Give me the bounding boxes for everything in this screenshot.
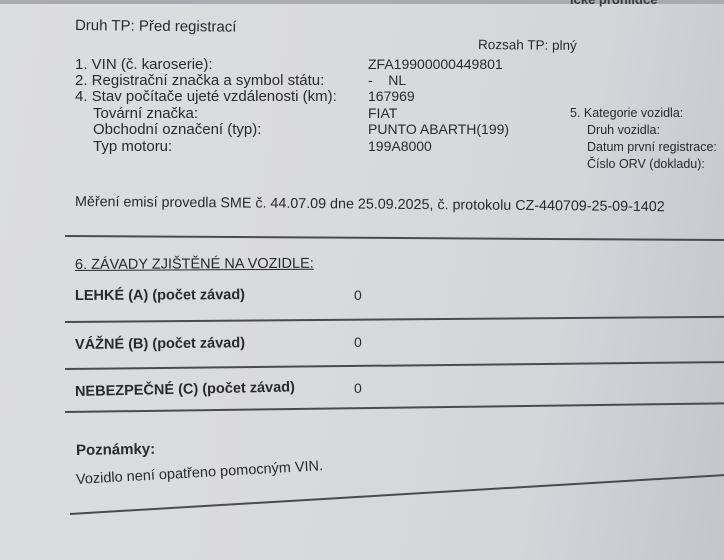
emissions-statement: Měření emisí provedla SME č. 44.07.09 dn… [75, 194, 665, 215]
field-label-vin: 1. VIN (č. karoserie): [75, 56, 213, 73]
field-value-model: PUNTO ABARTH(199) [368, 121, 509, 137]
field-value-registration: - NL [368, 72, 406, 88]
category-item: Datum první registrace: [587, 140, 717, 154]
field-value-odometer: 167969 [368, 88, 415, 104]
divider [65, 402, 724, 412]
notes-text: Vozidlo není opatřeno pomocným VIN. [76, 458, 324, 488]
field-value-vin: ZFA19900000449801 [368, 56, 503, 72]
druh-tp: Druh TP: Před registrací [75, 17, 237, 36]
field-value-engine: 199A8000 [368, 138, 432, 154]
field-label-make: Tovární značka: [93, 105, 198, 122]
defect-label-serious: VÁŽNÉ (B) (počet závad) [75, 335, 245, 353]
defects-title: 6. ZÁVADY ZJIŠTĚNÉ NA VOZIDLE: [75, 256, 314, 273]
field-label-odometer: 4. Stav počítače ujeté vzdálenosti (km): [75, 88, 337, 105]
field-label-model: Obchodní označení (typ): [93, 121, 261, 138]
field-label-registration: 2. Registrační značka a symbol státu: [75, 72, 324, 89]
defect-label-light: LEHKÉ (A) (počet závad) [75, 287, 245, 304]
defect-label-dangerous: NEBEZPEČNÉ (C) (počet závad) [75, 379, 295, 400]
divider [65, 361, 724, 369]
header-fragment: ické prohlídce [570, 0, 657, 7]
field-value-make: FIAT [368, 105, 397, 121]
category-title: 5. Kategorie vozidla: [570, 106, 683, 120]
rozsah-tp: Rozsah TP: plný [478, 37, 577, 53]
defect-count-light: 0 [354, 287, 362, 303]
divider [65, 235, 724, 241]
category-item: Druh vozidla: [587, 123, 660, 137]
field-label-engine: Typ motoru: [93, 138, 172, 155]
notes-title: Poznámky: [76, 441, 155, 459]
divider [65, 316, 724, 323]
defect-count-serious: 0 [354, 334, 362, 350]
category-item: Číslo ORV (dokladu): [587, 157, 705, 171]
defect-count-dangerous: 0 [354, 380, 362, 396]
